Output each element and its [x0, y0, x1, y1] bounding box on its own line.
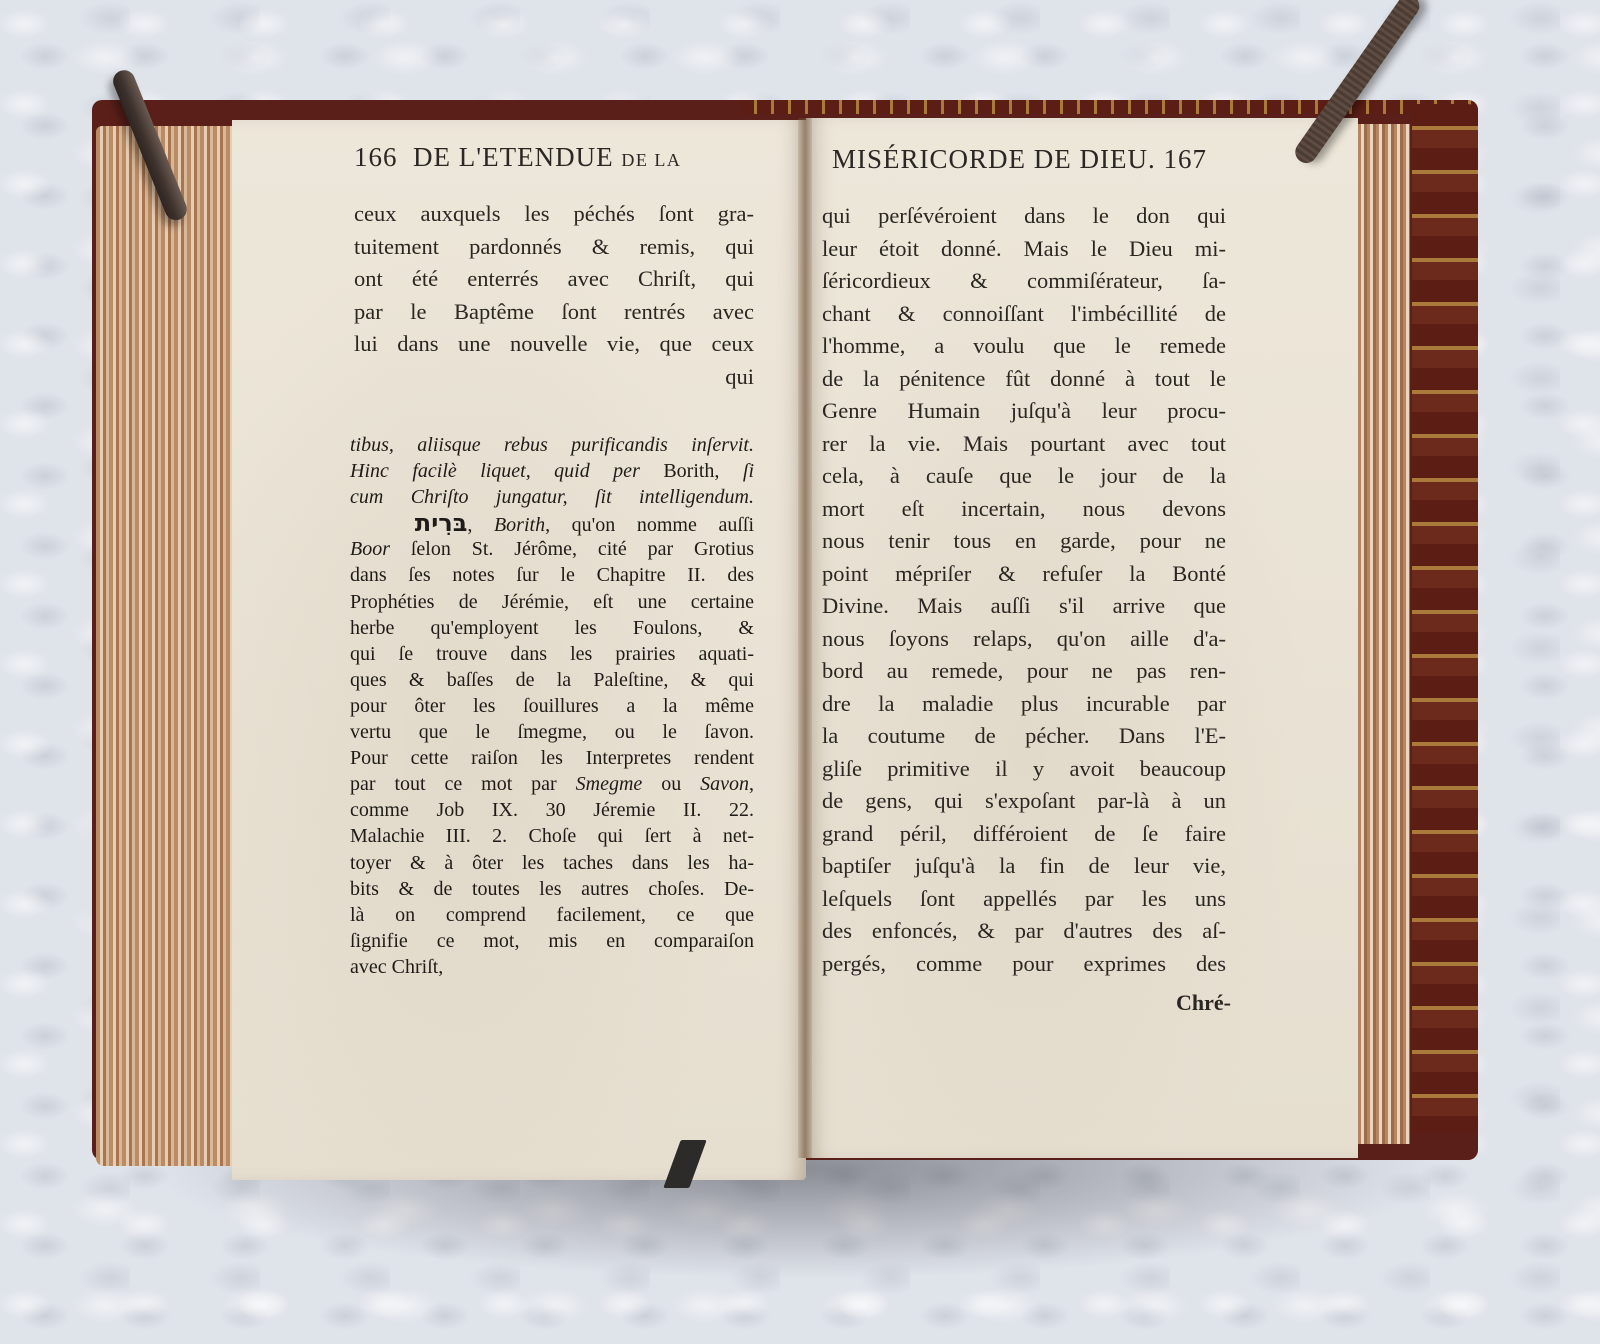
left-last-word: qui	[354, 361, 754, 394]
left-page: 166 DE L'ETENDUE DE LA ceux auxquels les…	[232, 120, 806, 1180]
left-footnote: tibus, aliisque rebus purificandis inſer…	[350, 432, 754, 980]
right-running-head: MISÉRICORDE DE DIEU. 167	[832, 144, 1207, 175]
right-body-text: qui perſévéroient dans le don qui leur é…	[822, 200, 1226, 980]
right-page-edges	[1356, 124, 1410, 1144]
page-number-left: 166	[354, 142, 398, 172]
catchword: Chré-	[1176, 990, 1231, 1016]
gilt-cover-border-right	[1412, 104, 1478, 1134]
hebrew-word: בּרִית	[415, 509, 468, 537]
left-page-edges	[96, 126, 236, 1166]
page-number-right: 167	[1164, 144, 1208, 174]
left-running-head: 166 DE L'ETENDUE DE LA	[354, 142, 681, 173]
gilt-cover-border-top	[740, 100, 1478, 114]
left-body-text: ceux auxquels les péchés ſont gra- tuite…	[354, 198, 754, 393]
right-page: MISÉRICORDE DE DIEU. 167 qui perſévéroie…	[806, 118, 1358, 1158]
book-gutter	[798, 118, 812, 1158]
